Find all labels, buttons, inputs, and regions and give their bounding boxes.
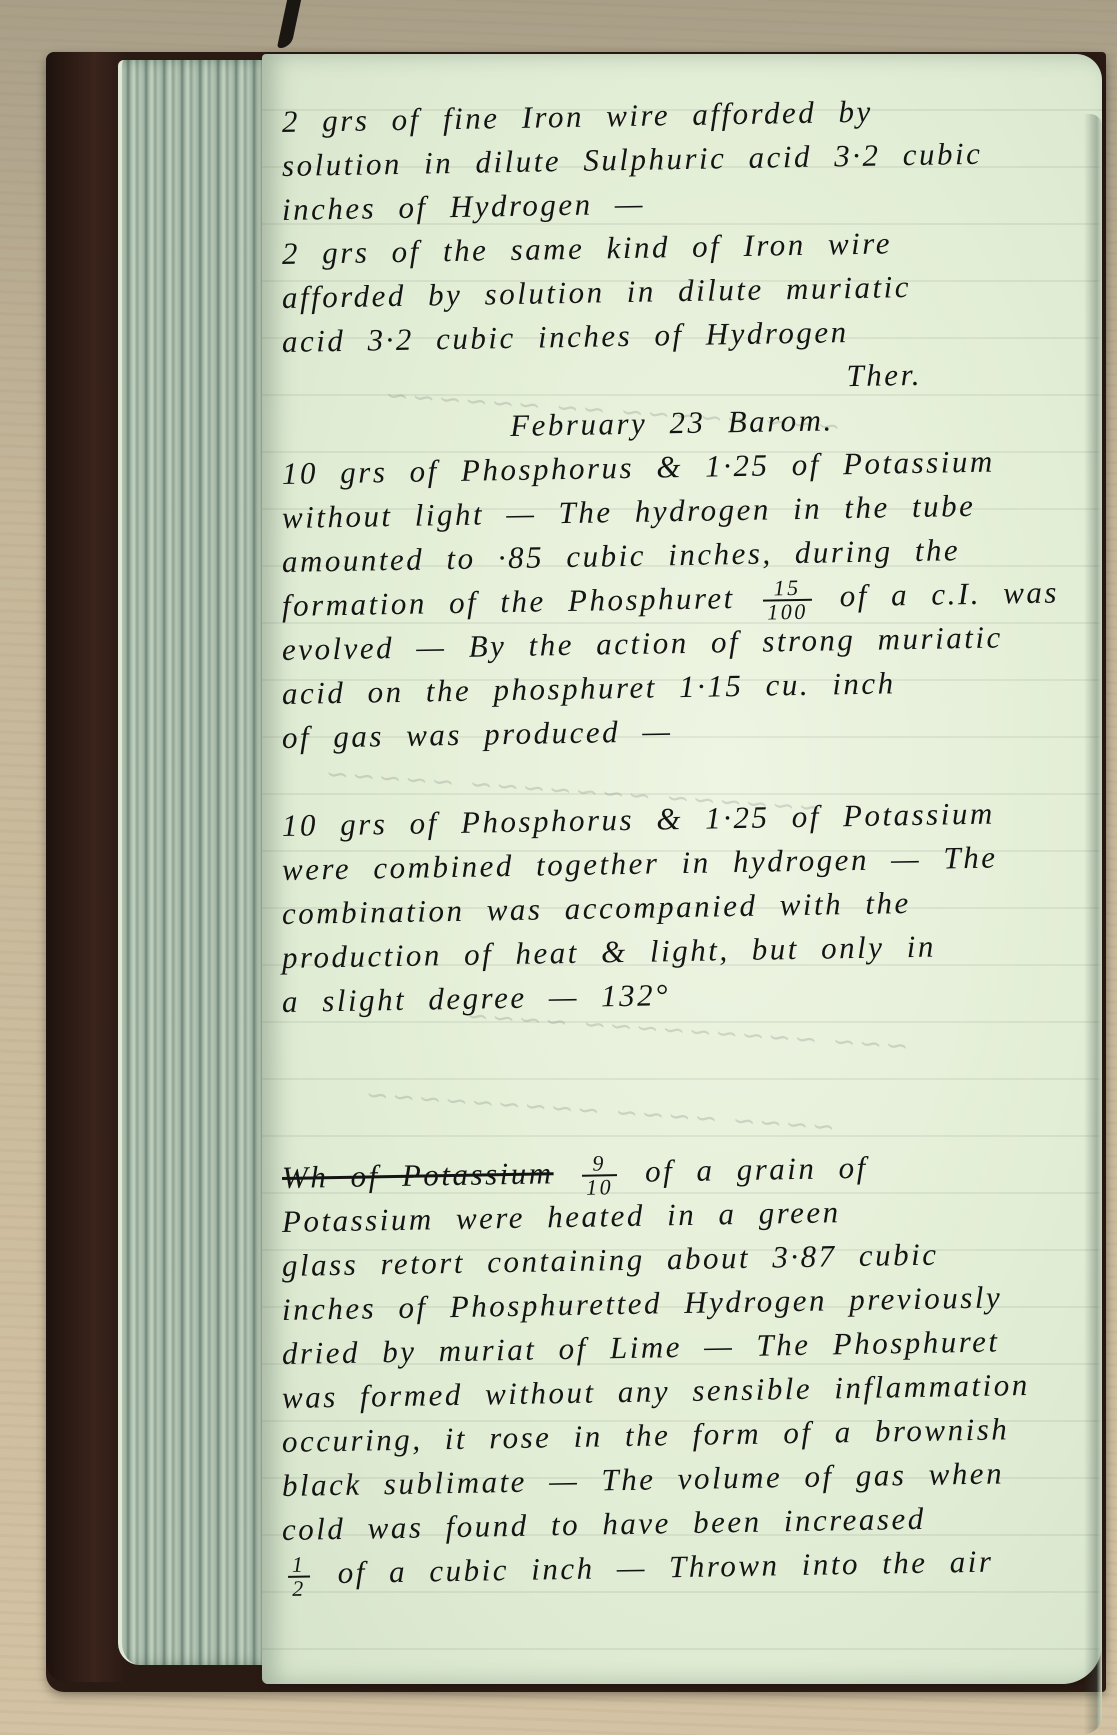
fraction-numerator: 1 [288, 1553, 310, 1577]
handwritten-text: 2 grs of fine Iron wire afforded by solu… [282, 100, 1062, 1596]
blank-space [282, 1024, 1062, 1156]
fraction-numerator: 9 [581, 1152, 616, 1177]
fraction-denominator: 2 [288, 1577, 310, 1599]
struck-through-text: Wh of Potassium [282, 1155, 554, 1195]
page-stack-edges [118, 60, 272, 1665]
entry-february-23: Ther. February 23 Barom. 10 grs of Phosp… [282, 364, 1062, 760]
fraction: 1 2 [288, 1553, 310, 1599]
text-fragment: formation of the Phosphuret [282, 580, 735, 623]
entry-potassium-heated: Wh of Potassium 9 10 of a grain of Potas… [282, 1156, 1062, 1596]
entry-combination: 10 grs of Phosphorus & 1·25 of Potassium… [282, 804, 1062, 1024]
fraction-numerator: 15 [763, 577, 812, 602]
fraction: 15 100 [763, 577, 812, 624]
text-fragment: of a c.I. was [839, 574, 1059, 613]
text-fragment: of a grain of [645, 1150, 868, 1189]
text-fragment: of a cubic inch — Thrown into the air [337, 1544, 993, 1590]
page-curl-shadow [1084, 114, 1102, 1734]
book-spine-edge [46, 52, 126, 1682]
entry-iron-wire: 2 grs of fine Iron wire afforded by solu… [282, 100, 1062, 364]
fraction: 9 10 [581, 1152, 617, 1199]
